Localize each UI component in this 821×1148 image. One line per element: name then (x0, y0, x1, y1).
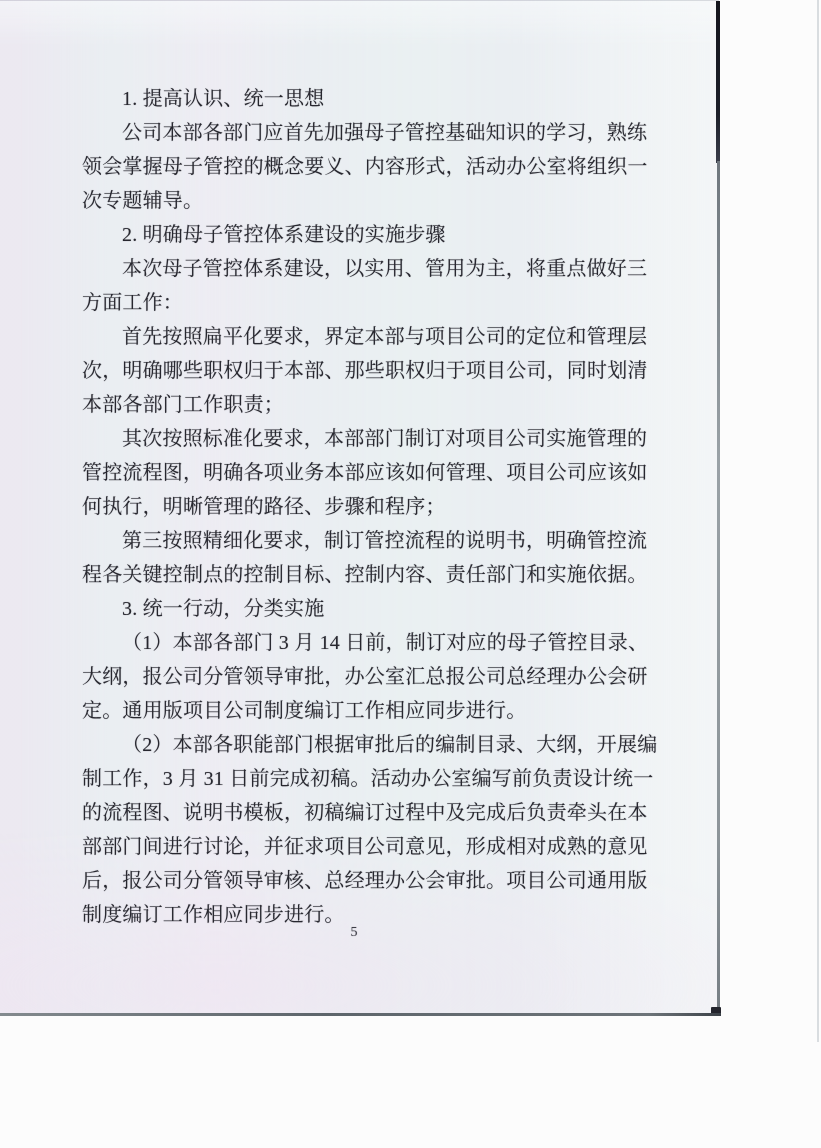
document-page: 1. 提高认识、统一思想公司本部各部门应首先加强母子管控基础知识的学习，熟练领会… (0, 0, 719, 1016)
page-number: 5 (338, 924, 370, 942)
text-line: （2）本部各职能部门根据审批后的编制目录、大纲，开展编 (82, 728, 667, 762)
text-line: 公司本部各部门应首先加强母子管控基础知识的学习，熟练 (82, 116, 667, 150)
text-line: 首先按照扁平化要求，界定本部与项目公司的定位和管理层 (82, 320, 667, 354)
text-block: 1. 提高认识、统一思想公司本部各部门应首先加强母子管控基础知识的学习，熟练领会… (82, 82, 667, 932)
text-line: 部部门间进行讨论，并征求项目公司意见，形成相对成熟的意见 (82, 830, 667, 864)
text-line: 后，报公司分管领导审核、总经理办公会审批。项目公司通用版 (82, 864, 667, 898)
text-line: （1）本部各部门 3 月 14 日前，制订对应的母子管控目录、 (82, 626, 667, 660)
text-line: 本部各部门工作职责； (82, 388, 667, 422)
scan-viewport: 1. 提高认识、统一思想公司本部各部门应首先加强母子管控基础知识的学习，熟练领会… (0, 0, 821, 1148)
text-line: 次，明确哪些职权归于本部、那些职权归于项目公司，同时划清 (82, 354, 667, 388)
text-line: 制工作，3 月 31 日前完成初稿。活动办公室编写前负责设计统一 (82, 762, 667, 796)
text-line: 程各关键控制点的控制目标、控制内容、责任部门和实施依据。 (82, 558, 667, 592)
page-right-edge-line (717, 161, 720, 1009)
page-bottom-edge-line (0, 1013, 721, 1016)
text-line: 方面工作： (82, 286, 667, 320)
text-line: 领会掌握母子管控的概念要义、内容形式，活动办公室将组织一 (82, 150, 667, 184)
text-line: 定。通用版项目公司制度编订工作相应同步进行。 (82, 694, 667, 728)
text-line: 其次按照标准化要求，本部部门制订对项目公司实施管理的 (82, 422, 667, 456)
text-line: 次专题辅导。 (82, 184, 667, 218)
page-right-edge-shadow (716, 1, 720, 163)
text-line: 何执行，明晰管理的路径、步骤和程序； (82, 490, 667, 524)
scan-right-border (817, 0, 819, 1042)
text-line: 管控流程图，明确各项业务本部应该如何管理、项目公司应该如 (82, 456, 667, 490)
text-line: 3. 统一行动，分类实施 (82, 592, 667, 626)
text-line: 制度编订工作相应同步进行。 (82, 898, 667, 932)
text-line: 大纲，报公司分管领导审批，办公室汇总报公司总经理办公会研 (82, 660, 667, 694)
text-line: 本次母子管控体系建设，以实用、管用为主，将重点做好三 (82, 252, 667, 286)
text-line: 的流程图、说明书模板，初稿编订过程中及完成后负责牵头在本 (82, 796, 667, 830)
text-line: 第三按照精细化要求，制订管控流程的说明书，明确管控流 (82, 524, 667, 558)
text-line: 2. 明确母子管控体系建设的实施步骤 (82, 218, 667, 252)
text-line: 1. 提高认识、统一思想 (82, 82, 667, 116)
